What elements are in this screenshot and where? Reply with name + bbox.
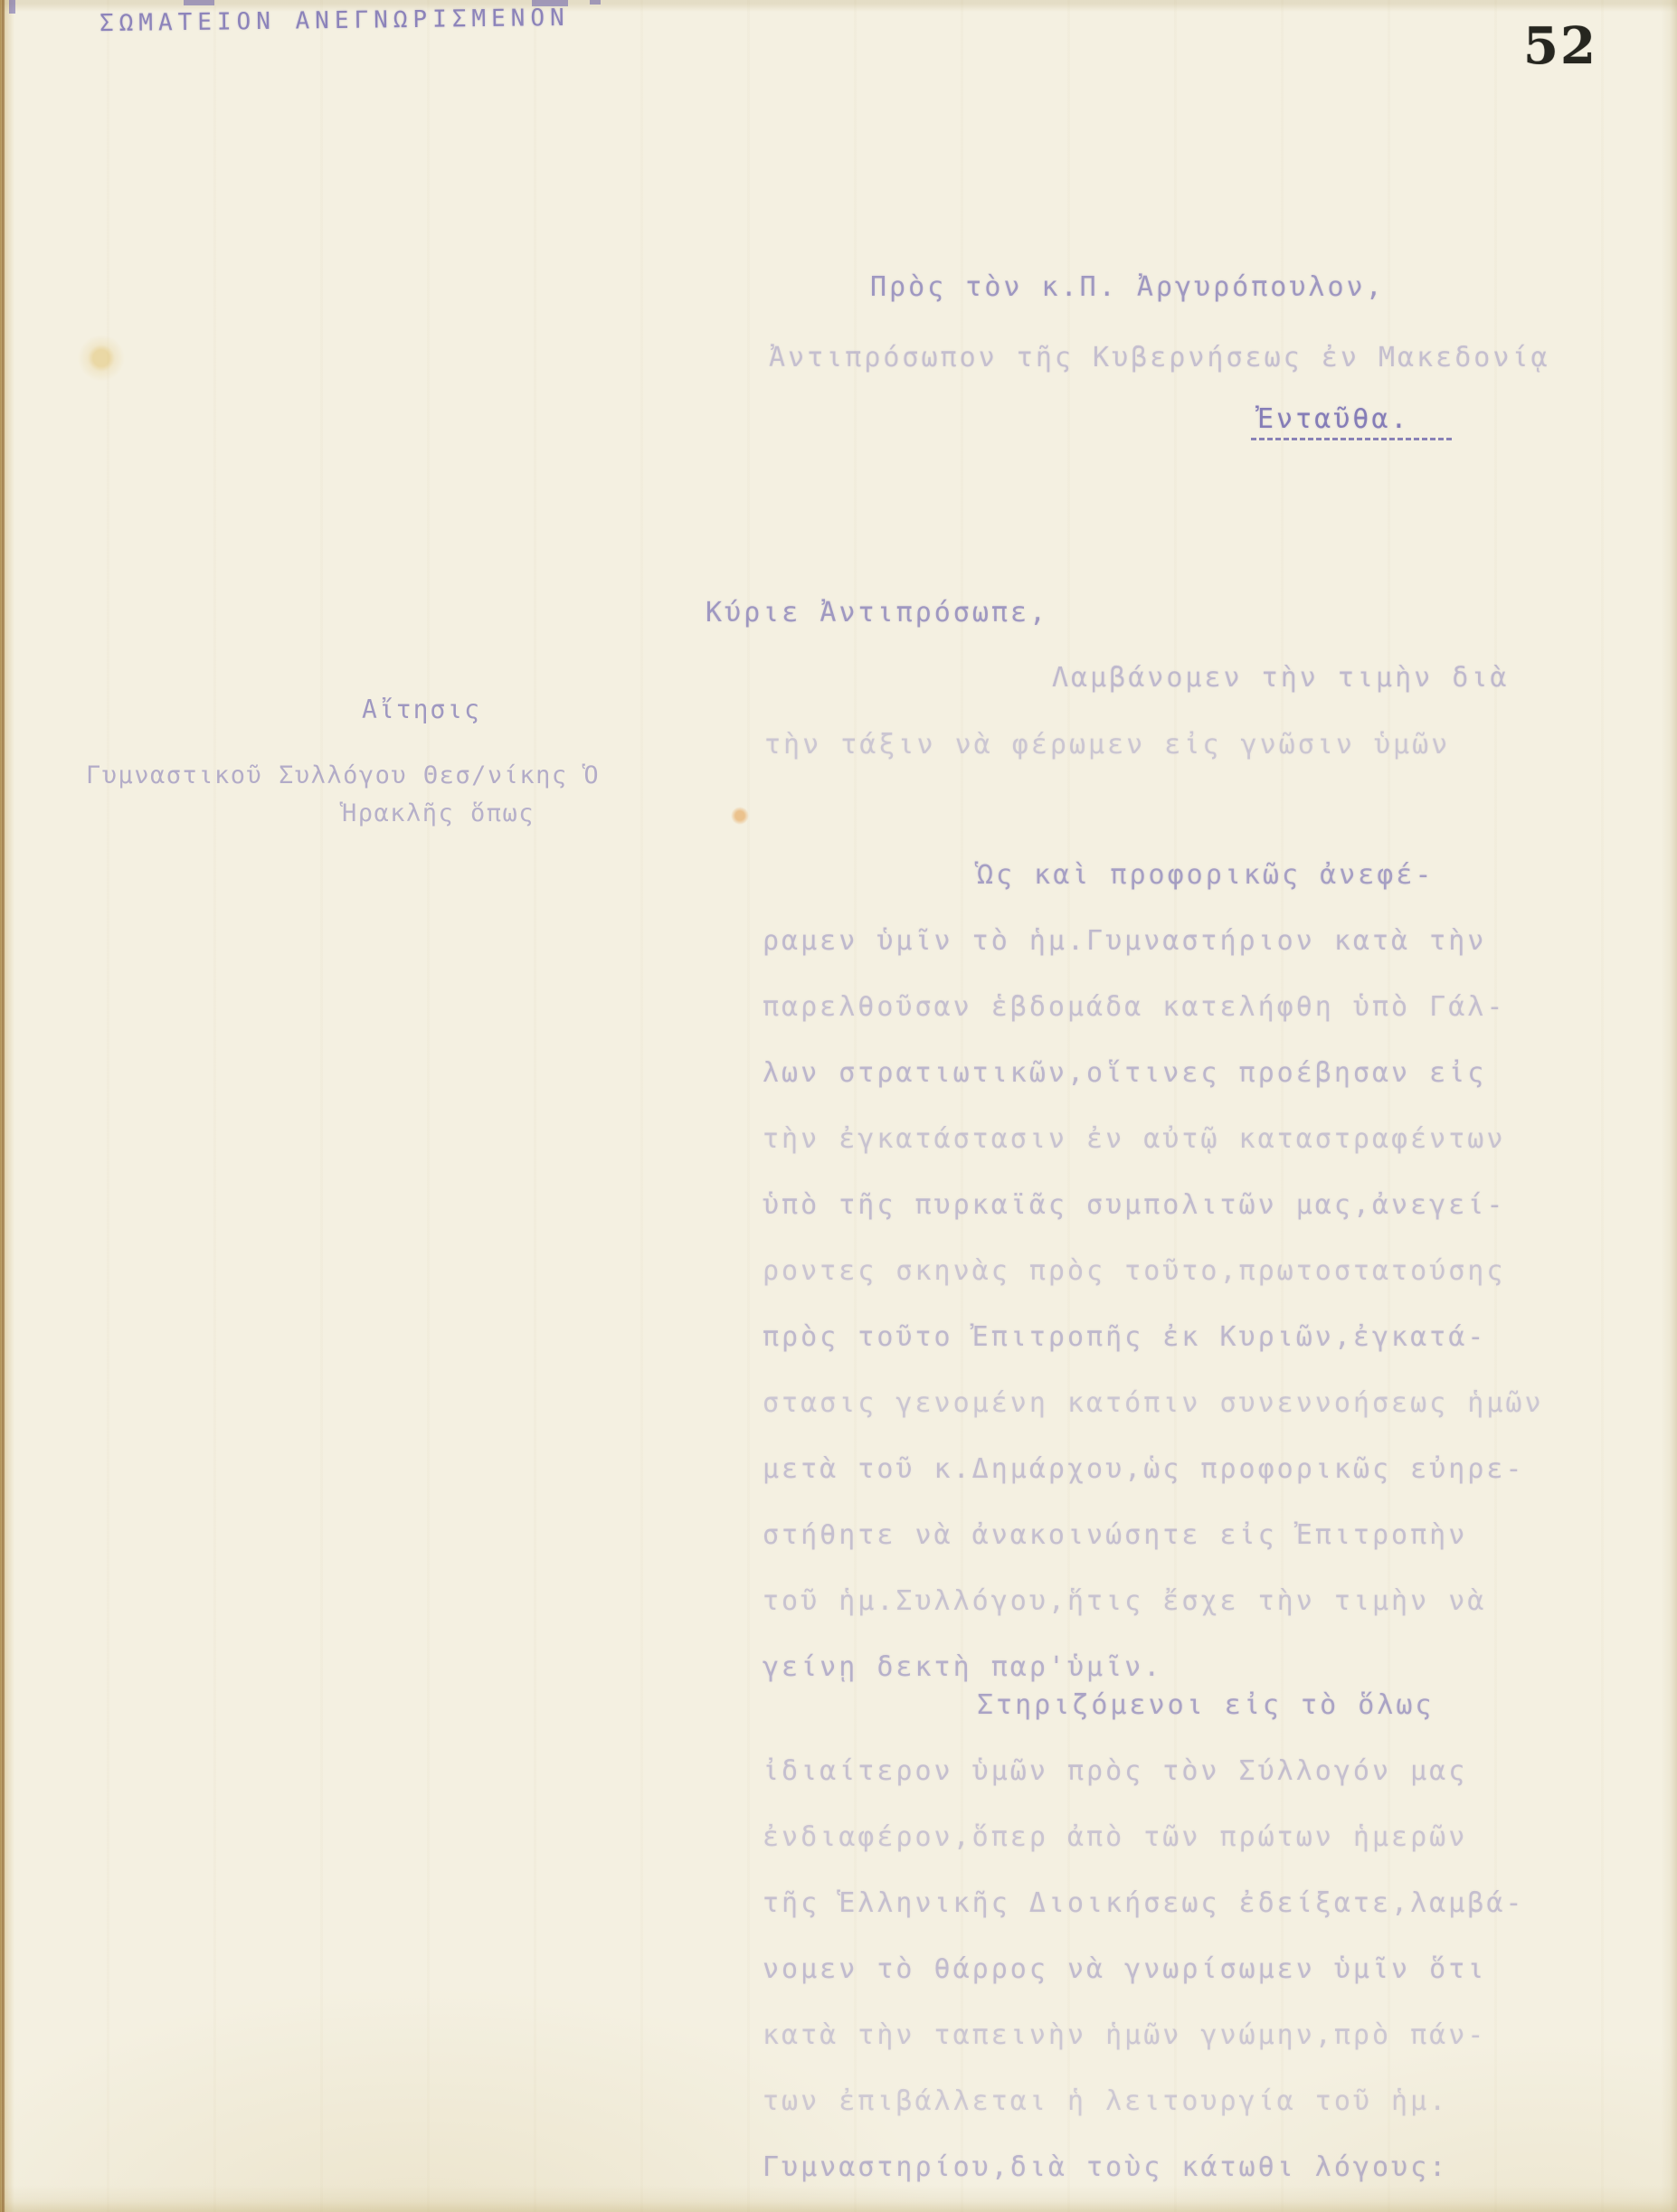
- recipient-place-line: Ἐνταῦθα.: [1257, 403, 1410, 435]
- typewritten-line: ὑπὸ τῆς πυρκαϊᾶς συμπολιτῶν μας,ἀνεγεί-: [763, 1189, 1505, 1221]
- typewritten-line: πρὸς τοῦτο Ἐπιτροπῆς ἐκ Κυριῶν,ἐγκατά-: [763, 1321, 1486, 1353]
- opening-line: τὴν τάξιν νὰ φέρωμεν εἰς γνῶσιν ὑμῶν: [764, 729, 1450, 761]
- typewritten-line: λων στρατιωτικῶν,οἵτινες προέβησαν εἰς: [763, 1057, 1486, 1089]
- recipient-name-line: Πρὸς τὸν κ.Π. Ἀργυρόπουλον,: [870, 271, 1385, 303]
- stamp-fragment: [184, 0, 214, 5]
- typewritten-line: ροντες σκηνὰς πρὸς τοῦτο,πρωτοστατούσης: [763, 1255, 1505, 1287]
- scanned-letter-page: ΣΩΜΑΤΕΙΟΝ ΑΝΕΓΝΩΡΙΣΜΕΝΟΝ 52 Πρὸς τὸν κ.Π…: [0, 0, 1677, 2212]
- typewritten-line: κατὰ τὴν ταπεινὴν ἡμῶν γνώμην,πρὸ πάν-: [763, 2019, 1486, 2051]
- typewritten-line: των ἐπιβάλλεται ἡ λειτουργία τοῦ ἡμ.: [763, 2085, 1448, 2117]
- typewritten-line: τὴν ἐγκατάστασιν ἐν αὐτῷ καταστραφέντων: [763, 1123, 1505, 1155]
- typewritten-line: στασις γενομένη κατόπιν συνεννοήσεως ἡμῶ…: [763, 1387, 1544, 1419]
- typewritten-line: γείνῃ δεκτὴ παρ'ὑμῖν.: [763, 1651, 1162, 1683]
- stamp-fragment: [9, 0, 15, 14]
- stamp-fragment: [590, 0, 601, 5]
- typewritten-line: μετὰ τοῦ κ.Δημάρχου,ὡς προφορικῶς εὐηρε-: [763, 1453, 1524, 1485]
- typewritten-line: Ὡς καὶ προφορικῶς ἀνεφέ-: [977, 859, 1434, 891]
- paper-left-edge: [2, 0, 5, 2212]
- typewritten-line: Στηριζόμενοι εἰς τὸ ὅλως: [977, 1689, 1434, 1721]
- typewritten-line: τῆς Ἑλληνικῆς Διοικήσεως ἐδείξατε,λαμβά-: [763, 1887, 1524, 1919]
- typewritten-line: νομεν τὸ θάρρος νὰ γνωρίσωμεν ὑμῖν ὅτι: [763, 1953, 1486, 1985]
- association-stamp-text: ΣΩΜΑΤΕΙΟΝ ΑΝΕΓΝΩΡΙΣΜΕΝΟΝ: [99, 5, 570, 37]
- salutation: Κύριε Ἀντιπρόσωπε,: [706, 597, 1048, 629]
- place-underline: [1251, 438, 1452, 440]
- typewritten-line: τοῦ ἡμ.Συλλόγου,ἥτις ἔσχε τὴν τιμὴν νὰ: [763, 1585, 1486, 1617]
- typewritten-line: ραμεν ὑμῖν τὸ ἡμ.Γυμναστήριον κατὰ τὴν: [763, 925, 1486, 957]
- margin-note-club-name: Ἡρακλῆς ὅπως: [342, 799, 535, 827]
- recipient-title-line: Ἀντιπρόσωπον τῆς Κυβερνήσεως ἐν Μακεδονί…: [769, 342, 1550, 373]
- margin-note-title: Αἴτησις: [362, 695, 481, 724]
- opening-line: Λαμβάνομεν τὴν τιμὴν διὰ: [1052, 662, 1509, 694]
- typewritten-line: στήθητε νὰ ἀνακοινώσητε εἰς Ἐπιτροπὴν: [763, 1519, 1467, 1551]
- typewritten-line: Γυμναστηρίου,διὰ τοὺς κάτωθι λόγους:: [763, 2151, 1448, 2183]
- margin-note-club: Γυμναστικοῦ Συλλόγου Θεσ/νίκης Ὁ: [86, 761, 600, 789]
- typewritten-line: ἐνδιαφέρον,ὅπερ ἀπὸ τῶν πρώτων ἡμερῶν: [763, 1821, 1467, 1853]
- page-number: 52: [1523, 16, 1597, 76]
- typewritten-line: παρελθοῦσαν ἑβδομάδα κατελήφθη ὑπὸ Γάλ-: [763, 991, 1505, 1023]
- typewritten-line: ἰδιαίτερον ὑμῶν πρὸς τὸν Σύλλογόν μας: [763, 1755, 1467, 1787]
